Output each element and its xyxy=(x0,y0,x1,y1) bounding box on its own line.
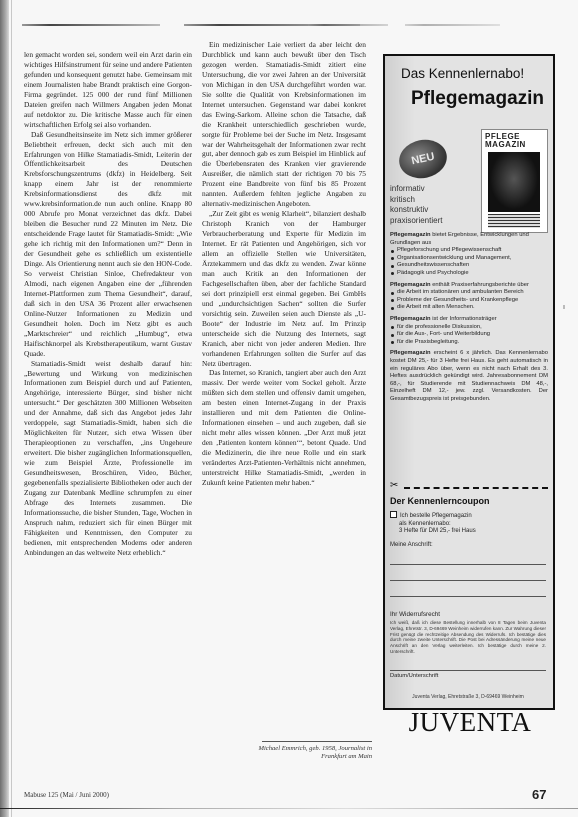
author-credit: Michael Emmrich, geb. 1958, Journalist i… xyxy=(240,745,372,761)
page-number: 67 xyxy=(532,787,546,802)
paragraph: Ein medizinischer Laie verliert da aber … xyxy=(202,40,366,209)
feature-item: praxisorientiert xyxy=(390,216,442,227)
paragraph: len gemacht worden sei, sondern weil ein… xyxy=(24,50,192,130)
bullet-item: für die Aus-, Fort- und Weiterbildung xyxy=(390,331,548,339)
signature-field-line[interactable] xyxy=(390,670,546,671)
cover-text-strip xyxy=(488,214,540,228)
paragraph: Stamatiadis-Smidt weist deshalb darauf h… xyxy=(24,359,192,558)
ad-block-pricing: Pflegemagazin erscheint 6 x jährlich. Da… xyxy=(390,350,548,403)
issue-footer: Mabuse 125 (Mai / Juni 2000) xyxy=(24,791,109,799)
ad-block-topics: Pflegemagazin bietet Ergebnisse, Entwick… xyxy=(390,232,548,278)
address-label: Meine Anschrift: xyxy=(390,542,433,548)
block-intro: ist der Informationsträger xyxy=(431,316,497,322)
bullet-item: Gesundheitswissenschaften xyxy=(390,262,548,270)
publisher-address: Juventa Verlag, Ehretstraße 3, D-69469 W… xyxy=(390,694,546,700)
advertisement-pflegemagazin: Das Kennenlernabo! Pflegemagazin NEU PFL… xyxy=(383,54,555,710)
bullet-item: Probleme der Gesundheits- und Krankenpfl… xyxy=(390,297,548,305)
scissors-icon: ✂ xyxy=(390,480,398,491)
pricing-text: erscheint 6 x jährlich. Das Kennenlernab… xyxy=(390,350,548,402)
feature-item: informativ xyxy=(390,184,442,195)
order-checkbox[interactable] xyxy=(390,511,397,518)
withdrawal-right-title: Ihr Widerrufsrecht xyxy=(390,611,440,618)
bullet-item: für die professionelle Diskussion, xyxy=(390,324,548,332)
cover-title: PFLEGE MAGAZIN xyxy=(485,133,547,149)
ad-block-practice: Pflegemagazin enthält Praxiserfahrungsbe… xyxy=(390,282,548,312)
order-option-line: 3 Hefte für DM 25,- frei Haus xyxy=(390,528,476,536)
ad-magazine-title: Pflegemagazin xyxy=(411,88,544,110)
author-divider xyxy=(262,741,372,742)
withdrawal-right-text: Ich weiß, daß ich diese Bestellung inner… xyxy=(390,620,546,655)
bullet-list: für die professionelle Diskussion, für d… xyxy=(390,324,548,347)
paragraph: Das Internet, so Kranich, tangiert aber … xyxy=(202,368,366,487)
order-option-line: als Kennenlernabo: xyxy=(390,521,476,529)
bold-brand: Pflegemagazin xyxy=(390,316,431,322)
order-option-line: Ich bestelle Pflegemagazin xyxy=(400,513,472,519)
bullet-item: Pflegeforschung und Pflegewissenschaft xyxy=(390,247,548,255)
dashed-cut-line xyxy=(404,487,548,489)
cover-photo xyxy=(488,152,540,212)
coupon-title: Der Kennenlerncoupon xyxy=(390,496,490,506)
bullet-item: Organisationsentwicklung und Management, xyxy=(390,255,548,263)
bullet-list: die Arbeit im stationären und ambulanten… xyxy=(390,289,548,312)
bullet-item: für die Praxisbegleitung. xyxy=(390,339,548,347)
feature-item: kritisch xyxy=(390,195,442,206)
bullet-list: Pflegeforschung und Pflegewissenschaft O… xyxy=(390,247,548,277)
bullet-item: die Arbeit mit alten Menschen. xyxy=(390,304,548,312)
bold-brand: Pflegemagazin xyxy=(390,282,431,288)
address-field-line-3[interactable] xyxy=(390,596,546,597)
ad-headline: Das Kennenlernabo! xyxy=(401,66,524,81)
ad-body-text: Pflegemagazin bietet Ergebnisse, Entwick… xyxy=(390,232,548,407)
ad-block-info: Pflegemagazin ist der Informationsträger… xyxy=(390,316,548,346)
new-badge-label: NEU xyxy=(410,151,435,168)
ad-feature-list: informativ kritisch konstruktiv praxisor… xyxy=(390,184,442,226)
gutter-edge-line xyxy=(11,0,12,817)
juventa-logo: JUVENTA xyxy=(385,707,555,738)
bold-brand: Pflegemagazin xyxy=(390,232,431,238)
paragraph: „Zur Zeit gibt es wenig Klarheit“, bilan… xyxy=(202,209,366,368)
scan-speck xyxy=(563,305,565,309)
top-rule-right xyxy=(405,24,500,26)
binding-gutter-shadow xyxy=(0,0,9,817)
block-intro: enthält Praxiserfahrungsberichte über xyxy=(431,282,529,288)
bold-brand: Pflegemagazin xyxy=(390,350,431,356)
paragraph: Daß Gesundheitsinseite im Netz sich imme… xyxy=(24,130,192,359)
magazine-cover-image: PFLEGE MAGAZIN xyxy=(481,129,548,233)
article-column-1: len gemacht worden sei, sondern weil ein… xyxy=(24,50,192,558)
cut-line: ✂ xyxy=(390,483,548,493)
bullet-item: die Arbeit im stationären und ambulanten… xyxy=(390,289,548,297)
top-rule-left xyxy=(22,24,160,26)
feature-item: konstruktiv xyxy=(390,205,442,216)
coupon-order-option[interactable]: Ich bestelle Pflegemagazin als Kennenler… xyxy=(390,511,476,536)
article-column-2: Ein medizinischer Laie verliert da aber … xyxy=(202,40,366,488)
top-rule-middle-2 xyxy=(308,24,388,26)
signature-label: Datum/Unterschrift xyxy=(390,673,438,679)
address-field-line-2[interactable] xyxy=(390,580,546,581)
bullet-item: Pädagogik und Psychologie xyxy=(390,270,548,278)
footer-rule xyxy=(0,808,578,809)
address-field-line-1[interactable] xyxy=(390,564,546,565)
